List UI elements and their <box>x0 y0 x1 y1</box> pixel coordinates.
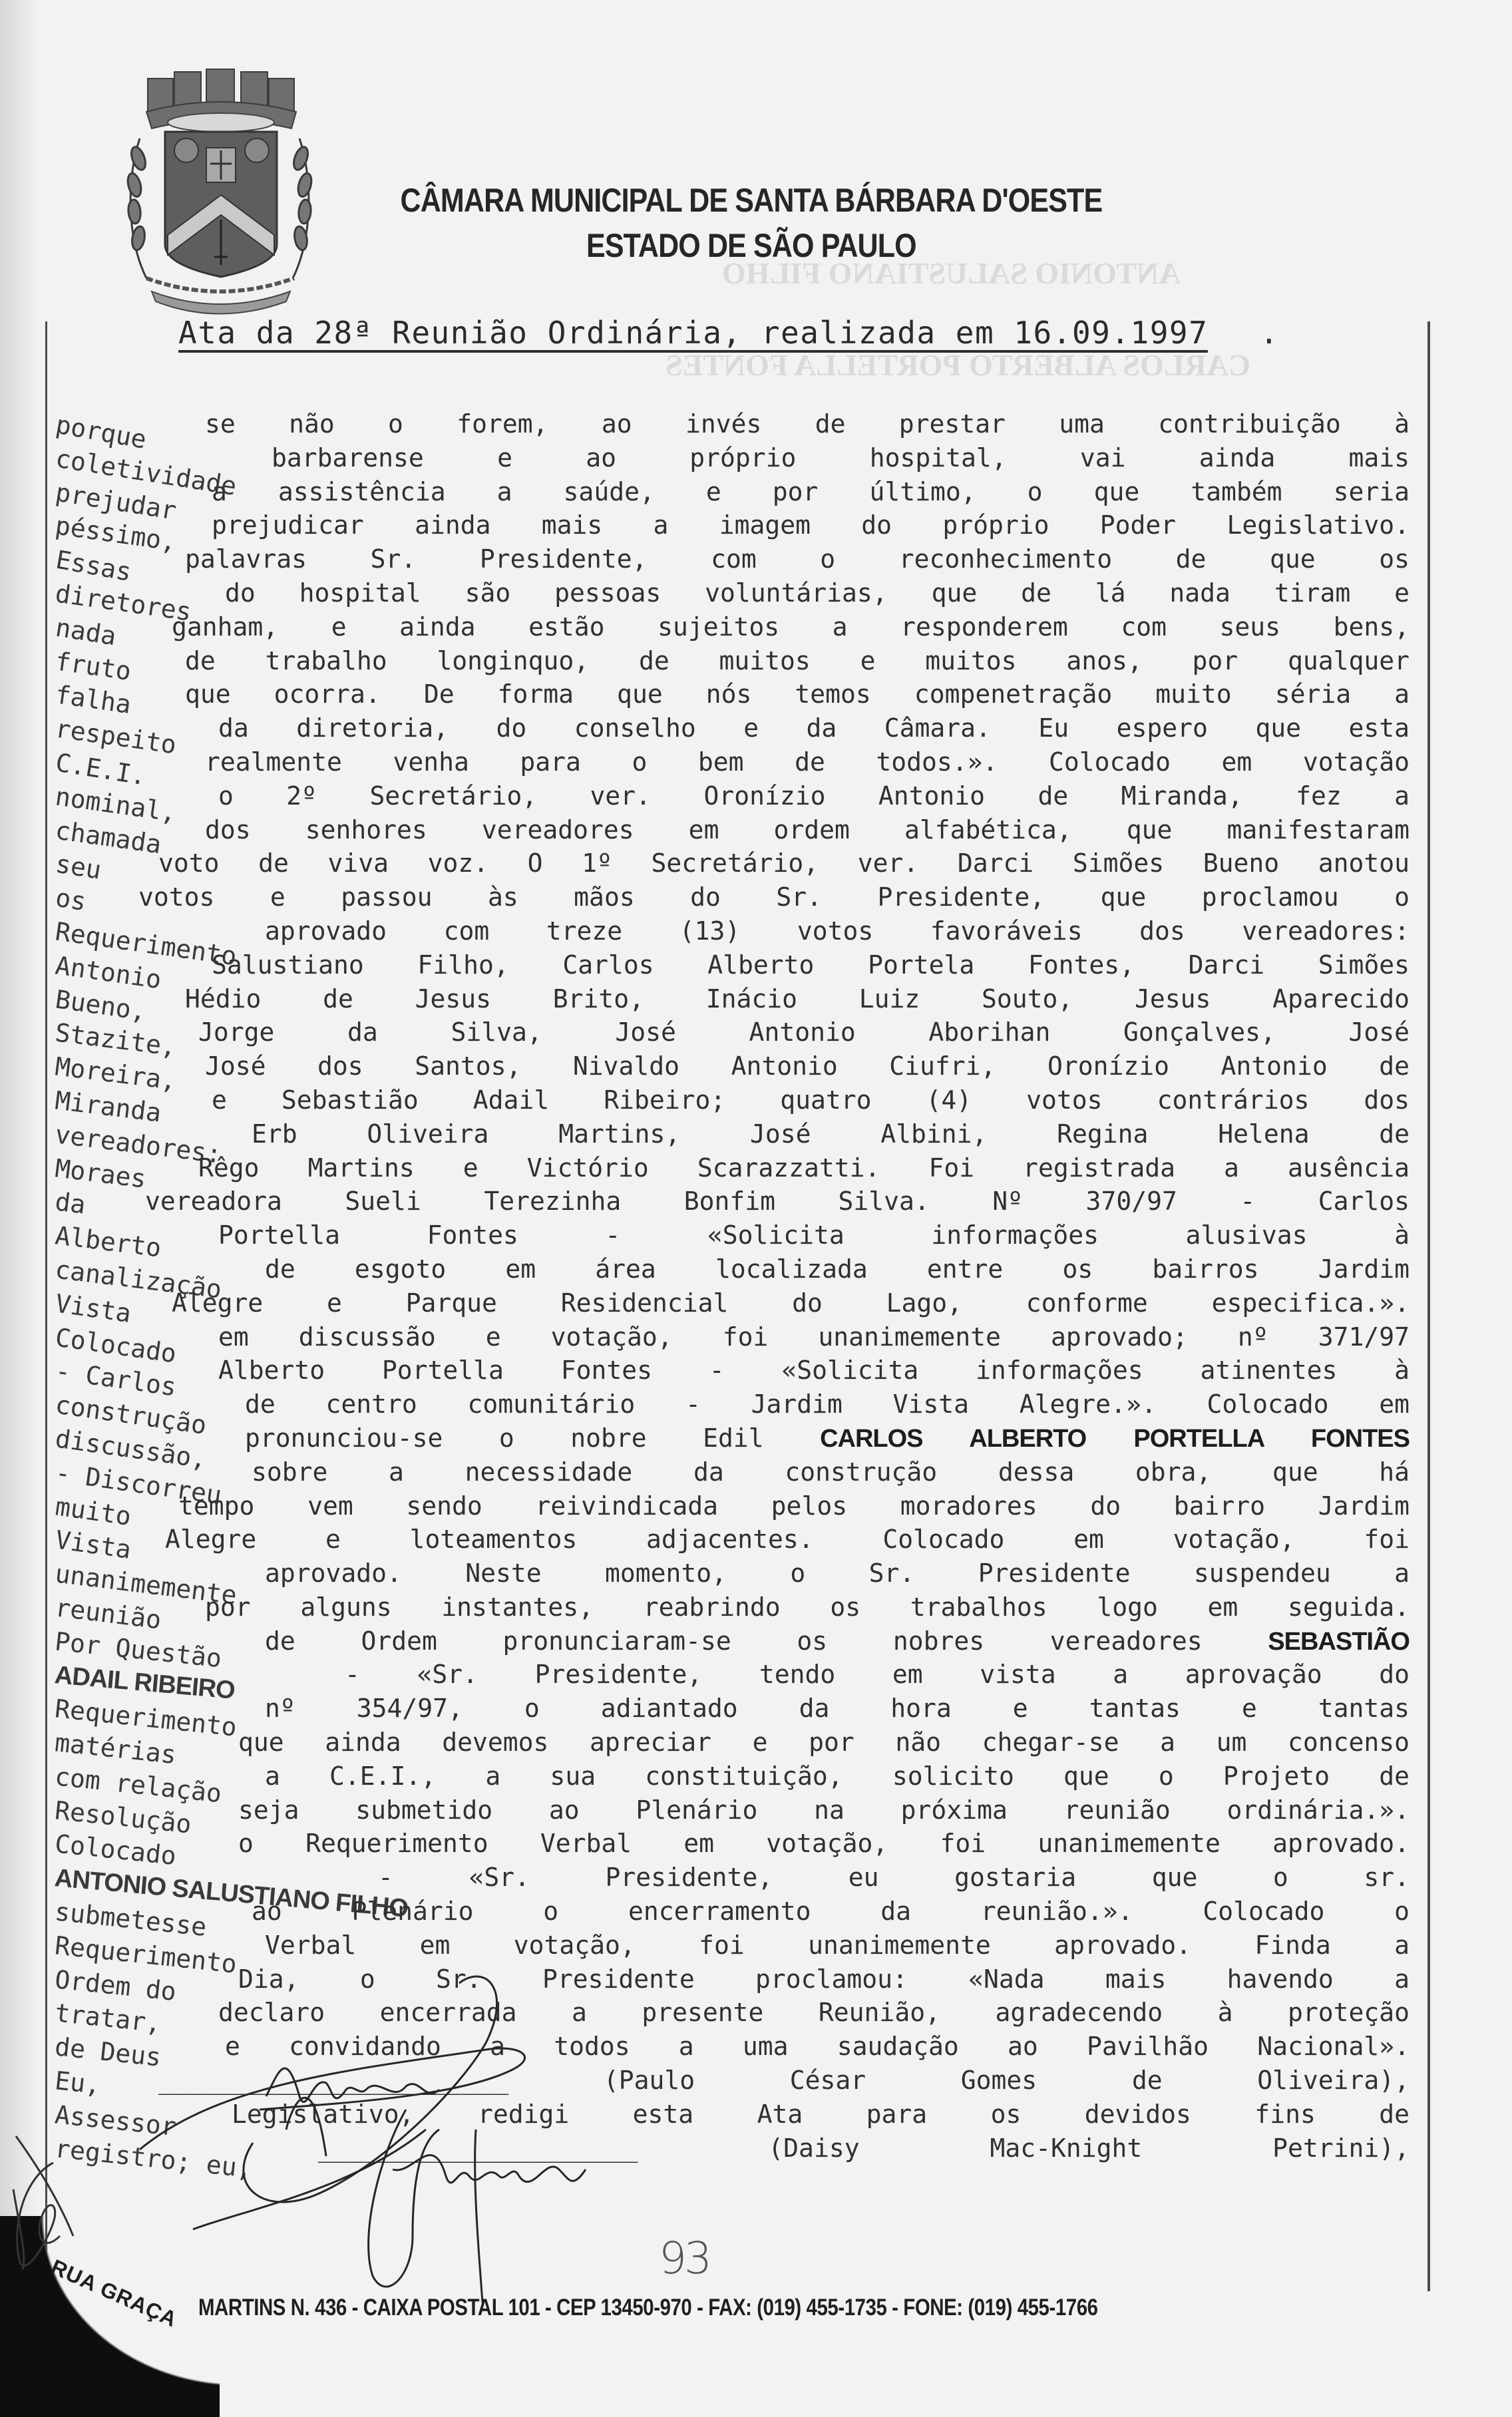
text-line: AlbertoPortella Fontes - «Solicita infor… <box>53 1218 1429 1252</box>
text-line: VistaAlegre e loteamentos adjacentes. Co… <box>53 1523 1429 1557</box>
line-text: voto de viva voz. O 1º Secretário, ver. … <box>158 846 1410 880</box>
line-text-content: Verbal em votação, foi unanimemente apro… <box>265 1931 1410 1960</box>
line-text-content: seja submetido ao Plenário na próxima re… <box>238 1795 1410 1825</box>
line-text-content: de esgoto em área localizada entre os ba… <box>265 1254 1410 1284</box>
line-text: Portella Fontes - «Solicita informações … <box>218 1218 1410 1252</box>
line-text: a assistência a saúde, e por último, o q… <box>212 475 1410 508</box>
line-text: - «Sr. Presidente, tendo em vista a apro… <box>345 1658 1410 1691</box>
line-text-content: - «Sr. Presidente, eu gostaria que o sr. <box>378 1863 1410 1892</box>
text-line: reuniãopor alguns instantes, reabrindo o… <box>53 1590 1429 1624</box>
text-line: davereadora Sueli Terezinha Bonfim Silva… <box>53 1185 1429 1218</box>
line-text-content: _____________________ (Daisy Mac-Knight … <box>318 2134 1410 2163</box>
line-text-content: José dos Santos, Nivaldo Antonio Ciufri,… <box>205 1051 1410 1081</box>
line-text-content: barbarense e ao próprio hospital, vai ai… <box>272 443 1410 472</box>
line-text: seja submetido ao Plenário na próxima re… <box>238 1793 1410 1827</box>
line-text-content: em discussão e votação, foi unanimemente… <box>218 1322 1410 1352</box>
line-text: Jorge da Silva, José Antonio Aborihan Go… <box>198 1016 1410 1049</box>
line-text-content: por alguns instantes, reabrindo os traba… <box>205 1592 1410 1622</box>
line-text-content: Hédio de Jesus Brito, Inácio Luiz Souto,… <box>185 984 1410 1014</box>
line-text-content: voto de viva voz. O 1º Secretário, ver. … <box>158 848 1410 878</box>
text-line: canalizaçãode esgoto em área localizada … <box>53 1252 1429 1286</box>
line-text: tempo vem sendo reivindicada pelos morad… <box>178 1489 1410 1523</box>
line-text: barbarense e ao próprio hospital, vai ai… <box>272 441 1410 474</box>
line-text-content: e convidando a todos a uma saudação ao P… <box>225 2032 1410 2061</box>
line-text: Verbal em votação, foi unanimemente apro… <box>265 1929 1410 1962</box>
line-text-content: Alegre e Parque Residencial do Lago, con… <box>172 1288 1410 1318</box>
text-line: Por Questãode Ordem pronunciaram-se os n… <box>53 1624 1429 1658</box>
text-line: tratar,declaro encerrada a presente Reun… <box>53 1996 1429 2030</box>
line-text: aprovado. Neste momento, o Sr. President… <box>265 1557 1410 1590</box>
line-text-content: Alberto Portella Fontes - «Solicita info… <box>218 1356 1410 1385</box>
line-text-content: aprovado com treze (13) votos favoráveis… <box>265 916 1410 946</box>
text-line: péssimo,prejudicar ainda mais a imagem d… <box>53 508 1429 542</box>
line-text-content: Rêgo Martins e Victório Scarazzatti. Foi… <box>198 1153 1410 1183</box>
text-line: com relaçãoa C.E.I., a sua constituição,… <box>53 1760 1429 1793</box>
line-text: Alegre e loteamentos adjacentes. Colocad… <box>165 1523 1410 1556</box>
text-line: prejudara assistência a saúde, e por últ… <box>53 475 1429 509</box>
line-text: de Ordem pronunciaram-se os nobres verea… <box>265 1624 1410 1658</box>
text-line: construçãode centro comunitário - Jardim… <box>53 1388 1429 1421</box>
line-text: o Requerimento Verbal em votação, foi un… <box>238 1827 1410 1860</box>
text-line: nominal,o 2º Secretário, ver. Oronízio A… <box>53 779 1429 813</box>
text-line: Bueno,Hédio de Jesus Brito, Inácio Luiz … <box>53 982 1429 1016</box>
line-text-content: do hospital são pessoas voluntárias, que… <box>225 578 1410 608</box>
text-line: discussão,pronunciou-se o nobre Edil CAR… <box>53 1421 1429 1455</box>
line-text-content: de trabalho longinquo, de muitos e muito… <box>185 646 1410 675</box>
text-line: seuvoto de viva voz. O 1º Secretário, ve… <box>53 846 1429 880</box>
text-line: muitotempo vem sendo reivindicada pelos … <box>53 1489 1429 1523</box>
line-text-content: palavras Sr. Presidente, com o reconheci… <box>185 544 1410 574</box>
page-number: 93 <box>659 2233 709 2284</box>
text-line: osvotos e passou às mãos do Sr. Presiden… <box>53 880 1429 914</box>
text-line: unanimementeaprovado. Neste momento, o S… <box>53 1557 1429 1590</box>
text-line: de Deuse convidando a todos a uma saudaç… <box>53 2030 1429 2064</box>
line-text: Legislativo, redigi esta Ata para os dev… <box>232 2098 1410 2131</box>
line-text-content: o 2º Secretário, ver. Oronízio Antonio d… <box>218 781 1410 811</box>
line-text-content: de centro comunitário - Jardim Vista Ale… <box>245 1390 1410 1419</box>
line-text: prejudicar ainda mais a imagem do própri… <box>212 508 1410 542</box>
line-text: _______________________ (Paulo César Gom… <box>158 2064 1410 2097</box>
line-text: Hédio de Jesus Brito, Inácio Luiz Souto,… <box>185 982 1410 1016</box>
line-text: o 2º Secretário, ver. Oronízio Antonio d… <box>218 779 1410 813</box>
line-text: realmente venha para o bem de todos.». C… <box>205 745 1410 779</box>
line-text-content: Jorge da Silva, José Antonio Aborihan Go… <box>198 1018 1410 1047</box>
text-line: vereadores:Erb Oliveira Martins, José Al… <box>53 1117 1429 1151</box>
line-text-content: realmente venha para o bem de todos.». C… <box>205 747 1410 777</box>
text-line: porquese não o forem, ao invés de presta… <box>53 407 1429 441</box>
line-text: de esgoto em área localizada entre os ba… <box>265 1252 1410 1286</box>
line-lead-word: da <box>53 1185 88 1222</box>
line-text: que ainda devemos apreciar e por não che… <box>238 1726 1410 1759</box>
text-line: registro; eu,_____________________ (Dais… <box>53 2132 1429 2165</box>
text-line: AssessorLegislativo, redigi esta Ata par… <box>53 2098 1429 2132</box>
line-text-content: a assistência a saúde, e por último, o q… <box>212 477 1410 506</box>
text-line: Colocadoem discussão e votação, foi unan… <box>53 1320 1429 1354</box>
text-line: Essaspalavras Sr. Presidente, com o reco… <box>53 542 1429 576</box>
text-line: Resoluçãoseja submetido ao Plenário na p… <box>53 1793 1429 1827</box>
line-text-content: prejudicar ainda mais a imagem do própri… <box>212 510 1410 540</box>
line-text: de centro comunitário - Jardim Vista Ale… <box>245 1388 1410 1421</box>
text-line: diretoresdo hospital são pessoas voluntá… <box>53 576 1429 610</box>
line-text-content: da diretoria, do conselho e da Câmara. E… <box>218 713 1410 743</box>
line-text: e convidando a todos a uma saudação ao P… <box>225 2030 1410 2063</box>
coat-of-arms-icon <box>120 65 319 318</box>
text-line: MoraesRêgo Martins e Victório Scarazzatt… <box>53 1151 1429 1185</box>
text-line: VistaAlegre e Parque Residencial do Lago… <box>53 1286 1429 1320</box>
line-text-content: Salustiano Filho, Carlos Alberto Portela… <box>212 950 1410 980</box>
line-text: Alegre e Parque Residencial do Lago, con… <box>172 1286 1410 1320</box>
line-text-content: Dia, o Sr. Presidente proclamou: «Nada m… <box>238 1964 1410 1994</box>
line-text: nº 354/97, o adiantado da hora e tantas … <box>265 1692 1410 1725</box>
text-line: falhaque ocorra. De forma que nós temos … <box>53 677 1429 711</box>
document-title: Ata da 28ª Reunião Ordinária, realizada … <box>178 315 1208 353</box>
line-text-content: dos senhores vereadores em ordem alfabét… <box>205 815 1410 844</box>
text-line: frutode trabalho longinquo, de muitos e … <box>53 644 1429 678</box>
line-text-content: - «Sr. Presidente, tendo em vista a apro… <box>345 1660 1410 1689</box>
line-text: Salustiano Filho, Carlos Alberto Portela… <box>212 948 1410 982</box>
institution-name: CÂMARA MUNICIPAL DE SANTA BÁRBARA D'OEST… <box>399 181 1103 220</box>
line-text: _____________________ (Daisy Mac-Knight … <box>318 2132 1410 2165</box>
line-text: - «Sr. Presidente, eu gostaria que o sr. <box>378 1861 1410 1894</box>
text-line: Requerimentoaprovado com treze (13) voto… <box>53 914 1429 948</box>
line-text-content: Portella Fontes - «Solicita informações … <box>218 1220 1410 1250</box>
line-text: em discussão e votação, foi unanimemente… <box>218 1320 1410 1354</box>
line-text: do hospital são pessoas voluntárias, que… <box>225 576 1410 610</box>
text-line: submetesseao Plenário o encerramento da … <box>53 1895 1429 1929</box>
line-text-content: a C.E.I., a sua constituição, solicito q… <box>265 1762 1410 1791</box>
line-lead-word: os <box>53 881 89 919</box>
text-line: Requerimentonº 354/97, o adiantado da ho… <box>53 1692 1429 1726</box>
text-line: - CarlosAlberto Portella Fontes - «Solic… <box>53 1354 1429 1388</box>
document-title-period: . <box>1260 315 1278 350</box>
text-line: respeitoda diretoria, do conselho e da C… <box>53 711 1429 745</box>
line-text: José dos Santos, Nivaldo Antonio Ciufri,… <box>205 1049 1410 1083</box>
text-line: Ordem doDia, o Sr. Presidente proclamou:… <box>53 1962 1429 1996</box>
line-text-content: e Sebastião Adail Ribeiro; quatro (4) vo… <box>212 1085 1410 1115</box>
minutes-body: porquese não o forem, ao invés de presta… <box>53 407 1429 2165</box>
line-text-content: que ainda devemos apreciar e por não che… <box>238 1728 1410 1757</box>
line-text: Rêgo Martins e Victório Scarazzatti. Foi… <box>198 1151 1410 1185</box>
text-line: Mirandae Sebastião Adail Ribeiro; quatro… <box>53 1083 1429 1117</box>
line-text-content: Legislativo, redigi esta Ata para os dev… <box>232 2100 1410 2129</box>
bleed-through-text: ANTONIO SALUSTIANO FILHO <box>722 256 1181 291</box>
line-text: dos senhores vereadores em ordem alfabét… <box>205 813 1410 846</box>
line-text: Erb Oliveira Martins, José Albini, Regin… <box>252 1117 1410 1151</box>
text-line: ADAIL RIBEIRO- «Sr. Presidente, tendo em… <box>53 1658 1429 1692</box>
page-border-left <box>45 321 47 2251</box>
line-text: e Sebastião Adail Ribeiro; quatro (4) vo… <box>212 1083 1410 1117</box>
text-line: C.E.I.realmente venha para o bem de todo… <box>53 745 1429 779</box>
line-lead-word: Eu, <box>53 2064 102 2102</box>
text-line: ANTONIO SALUSTIANO FILHO- «Sr. President… <box>53 1861 1429 1895</box>
scan-corner-shadow <box>0 2216 220 2417</box>
line-text: de trabalho longinquo, de muitos e muito… <box>185 644 1410 677</box>
line-text: Dia, o Sr. Presidente proclamou: «Nada m… <box>238 1962 1410 1996</box>
line-lead-word: registro; eu, <box>53 2132 254 2185</box>
line-text: ganham, e ainda estão sujeitos a respond… <box>172 610 1410 644</box>
line-text-content: pronunciou-se o nobre Edil <box>245 1423 764 1453</box>
line-text-content: nº 354/97, o adiantado da hora e tantas … <box>265 1694 1410 1723</box>
line-text: por alguns instantes, reabrindo os traba… <box>205 1590 1410 1624</box>
text-line: coletividadebarbarense e ao próprio hosp… <box>53 441 1429 475</box>
line-text: que ocorra. De forma que nós temos compe… <box>185 677 1410 711</box>
line-text: ao Plenário o encerramento da reunião.».… <box>252 1895 1410 1928</box>
line-text: a C.E.I., a sua constituição, solicito q… <box>265 1760 1410 1793</box>
line-text: palavras Sr. Presidente, com o reconheci… <box>185 542 1410 576</box>
line-text-content: Alegre e loteamentos adjacentes. Colocad… <box>165 1525 1410 1554</box>
line-text-content: que ocorra. De forma que nós temos compe… <box>185 679 1410 709</box>
line-text: declaro encerrada a presente Reunião, ag… <box>218 1996 1410 2029</box>
line-text-content: tempo vem sendo reivindicada pelos morad… <box>178 1491 1410 1521</box>
text-line: matériasque ainda devemos apreciar e por… <box>53 1726 1429 1760</box>
text-line: - Discorreusobre a necessidade da constr… <box>53 1455 1429 1489</box>
line-text-content: sobre a necessidade da construção dessa … <box>252 1457 1410 1487</box>
line-text-content: Erb Oliveira Martins, José Albini, Regin… <box>252 1119 1410 1149</box>
line-text: Alberto Portella Fontes - «Solicita info… <box>218 1354 1410 1387</box>
text-line: Eu,_______________________ (Paulo César … <box>53 2064 1429 2098</box>
line-text-content: declaro encerrada a presente Reunião, ag… <box>218 1998 1410 2027</box>
line-text-content: de Ordem pronunciaram-se os nobres verea… <box>265 1626 1203 1656</box>
text-line: Moreira,José dos Santos, Nivaldo Antonio… <box>53 1049 1429 1083</box>
line-text-content: _______________________ (Paulo César Gom… <box>158 2066 1410 2095</box>
line-text-content: ganham, e ainda estão sujeitos a respond… <box>172 612 1410 642</box>
line-text: da diretoria, do conselho e da Câmara. E… <box>218 711 1410 745</box>
footer-address: MARTINS N. 436 - CAIXA POSTAL 101 - CEP … <box>198 2295 1098 2321</box>
line-text: pronunciou-se o nobre Edil CARLOS ALBERT… <box>245 1421 1410 1455</box>
text-line: nadaganham, e ainda estão sujeitos a res… <box>53 610 1429 644</box>
line-text-content: ao Plenário o encerramento da reunião.».… <box>252 1897 1410 1926</box>
line-text: votos e passou às mãos do Sr. Presidente… <box>138 880 1410 914</box>
line-text: vereadora Sueli Terezinha Bonfim Silva. … <box>145 1185 1410 1218</box>
line-text: sobre a necessidade da construção dessa … <box>252 1455 1410 1489</box>
line-text-content: vereadora Sueli Terezinha Bonfim Silva. … <box>145 1187 1410 1216</box>
line-text-content: votos e passou às mãos do Sr. Presidente… <box>138 882 1410 912</box>
speaker-name: CARLOS ALBERTO PORTELLA FONTES <box>820 1425 1410 1453</box>
line-text-content: o Requerimento Verbal em votação, foi un… <box>238 1829 1410 1858</box>
line-text-content: se não o forem, ao invés de prestar uma … <box>205 409 1410 439</box>
speaker-name: SEBASTIÃO <box>1268 1628 1410 1656</box>
text-line: AntonioSalustiano Filho, Carlos Alberto … <box>53 948 1429 982</box>
line-text: se não o forem, ao invés de prestar uma … <box>205 407 1410 441</box>
page-binding-shadow <box>0 0 40 2417</box>
text-line: RequerimentoVerbal em votação, foi unani… <box>53 1929 1429 1962</box>
line-text: aprovado com treze (13) votos favoráveis… <box>265 914 1410 948</box>
line-text-content: aprovado. Neste momento, o Sr. President… <box>265 1559 1410 1588</box>
text-line: chamadados senhores vereadores em ordem … <box>53 813 1429 847</box>
text-line: Colocadoo Requerimento Verbal em votação… <box>53 1827 1429 1861</box>
text-line: Stazite,Jorge da Silva, José Antonio Abo… <box>53 1016 1429 1049</box>
